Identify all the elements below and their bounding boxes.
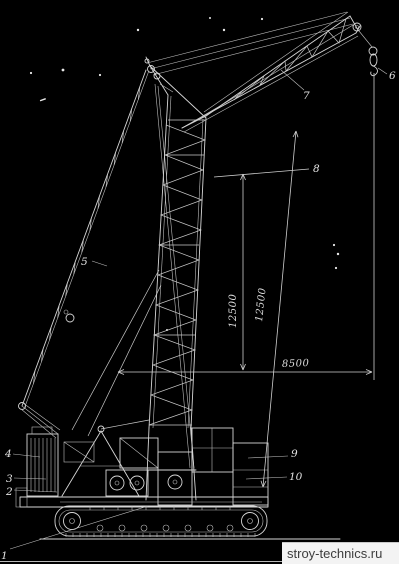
watermark-text: stroy-technics.ru: [287, 546, 382, 561]
machine-body: [16, 426, 268, 507]
dimension-radius: 8500: [282, 358, 310, 370]
mast-head: [145, 57, 206, 118]
callout-9: 9: [291, 448, 298, 460]
callout-2: 2: [5, 486, 13, 498]
callout-leaders: [10, 68, 387, 549]
backstay-strut: [22, 70, 149, 407]
operator-cab: [192, 428, 233, 472]
callout-10: 10: [289, 471, 303, 483]
dimension-height-right: 12500: [254, 287, 269, 322]
watermark: stroy-technics.ru: [282, 542, 399, 564]
tower-mast-lattice: [72, 95, 206, 500]
callout-8: 8: [313, 163, 320, 175]
callout-4: 4: [4, 448, 12, 460]
callout-5: 5: [81, 256, 88, 268]
boom-hoist-tackle: [19, 403, 61, 439]
callout-7: 7: [303, 90, 310, 102]
callout-3: 3: [6, 473, 13, 485]
crane-technical-drawing: 1 2 3 4 5 6 7 8 9 10 12500 12500 8500: [0, 0, 399, 564]
hook-block: [359, 31, 377, 76]
callout-6: 6: [389, 70, 396, 82]
dimension-height-left: 12500: [228, 294, 239, 328]
scan-noise-specks: [30, 17, 339, 331]
jib-lattice: [182, 12, 358, 132]
screenshot-root: 1 2 3 4 5 6 7 8 9 10 12500 12500 8500 st…: [0, 0, 399, 564]
